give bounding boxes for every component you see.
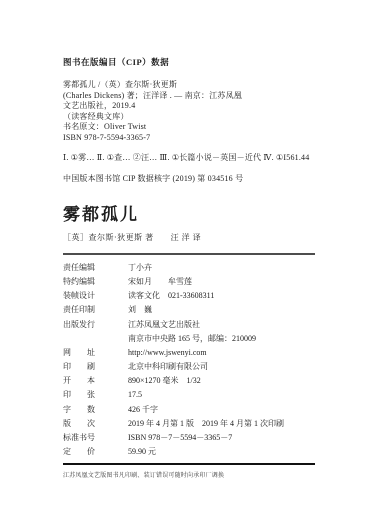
colophon-value: 59.90 元 <box>128 446 156 457</box>
colophon-row: 责任编辑丁小卉 <box>63 260 315 274</box>
colophon-label: 印 刷 <box>63 361 110 372</box>
colophon-value: http://www.jswenyi.com <box>128 348 207 357</box>
colophon-label: 开 本 <box>63 375 110 386</box>
cip-record-number: 中国版本图书馆 CIP 数据核字 (2019) 第 034516 号 <box>63 173 315 184</box>
colophon-row: 责任印制刘 巍 <box>63 303 315 317</box>
colophon-row: 定 价59.90 元 <box>63 445 315 459</box>
book-title: 雾都孤儿 <box>63 200 315 225</box>
cip-line: 文艺出版社，2019.4 <box>63 101 315 112</box>
divider-bottom-rule <box>63 463 315 466</box>
colophon-value: 宋如月 牟雪莲 <box>128 276 192 287</box>
colophon-row: 网 址http://www.jswenyi.com <box>63 345 315 359</box>
colophon-label: 责任编辑 <box>63 262 110 273</box>
copyright-page: 图书在版编目（CIP）数据 雾都孤儿 /（英）查尔斯·狄更斯(Charles D… <box>0 0 375 528</box>
colophon-label: 字 数 <box>63 404 110 415</box>
page-content: 图书在版编目（CIP）数据 雾都孤儿 /（英）查尔斯·狄更斯(Charles D… <box>63 56 315 479</box>
colophon-row: 版 次2019 年 4 月第 1 版 2019 年 4 月第 1 次印刷 <box>63 416 315 430</box>
colophon-value: 北京中科印刷有限公司 <box>128 361 208 372</box>
cip-classification: Ⅰ. ①雾… Ⅱ. ①查… ②汪… Ⅲ. ①长篇小说－英国－近代 Ⅳ. ①I56… <box>63 153 315 164</box>
colophon-row: 出版发行江苏凤凰文艺出版社 <box>63 317 315 331</box>
colophon-label: 版 次 <box>63 418 110 429</box>
colophon-label: 特约编辑 <box>63 276 110 287</box>
divider-top-rule <box>63 253 315 255</box>
colophon-label: 出版发行 <box>63 319 110 330</box>
colophon-row: 特约编辑宋如月 牟雪莲 <box>63 274 315 288</box>
colophon-table: 责任编辑丁小卉特约编辑宋如月 牟雪莲装帧设计读客文化 021-33608311责… <box>63 260 315 459</box>
colophon-label: 网 址 <box>63 347 110 358</box>
cip-line: 雾都孤儿 /（英）查尔斯·狄更斯 <box>63 80 315 91</box>
colophon-label: 责任印制 <box>63 304 110 315</box>
book-byline: ［英］查尔斯·狄更斯 著 汪 洋 译 <box>63 232 315 243</box>
colophon-value: 刘 巍 <box>128 304 152 315</box>
colophon-value: 2019 年 4 月第 1 版 2019 年 4 月第 1 次印刷 <box>128 418 284 429</box>
colophon-label: 装帧设计 <box>63 290 110 301</box>
colophon-value: ISBN 978－7－5594－3365－7 <box>128 432 232 443</box>
cip-line: ISBN 978-7-5594-3365-7 <box>63 133 315 144</box>
cip-line: （读客经典文库） <box>63 112 315 123</box>
colophon-value: 南京市中央路 165 号，邮编：210009 <box>128 333 256 344</box>
colophon-label: 定 价 <box>63 446 110 457</box>
colophon-value: 丁小卉 <box>128 262 152 273</box>
colophon-row: 开 本890×1270 毫米 1/32 <box>63 374 315 388</box>
colophon-value: 17.5 <box>128 390 142 399</box>
cip-header: 图书在版编目（CIP）数据 <box>63 56 315 68</box>
colophon-value: 读客文化 021-33608311 <box>128 290 214 301</box>
colophon-value: 426 千字 <box>128 404 158 415</box>
colophon-row: 印 刷北京中科印刷有限公司 <box>63 359 315 373</box>
colophon-row: 字 数426 千字 <box>63 402 315 416</box>
cip-record: 雾都孤儿 /（英）查尔斯·狄更斯(Charles Dickens) 著；汪洋译 … <box>63 80 315 144</box>
cip-line: (Charles Dickens) 著；汪洋译 . — 南京：江苏凤凰 <box>63 91 315 102</box>
printing-exchange-note: 江苏凤凰文艺版图书凡印刷、装订错误可随时向承印厂调换 <box>63 470 315 479</box>
cip-line: 书名原文：Oliver Twist <box>63 122 315 133</box>
colophon-label: 标准书号 <box>63 432 110 443</box>
colophon-row: 装帧设计读客文化 021-33608311 <box>63 289 315 303</box>
colophon-value: 江苏凤凰文艺出版社 <box>128 319 200 330</box>
colophon-row: 南京市中央路 165 号，邮编：210009 <box>63 331 315 345</box>
colophon-row: 印 张17.5 <box>63 388 315 402</box>
colophon-value: 890×1270 毫米 1/32 <box>128 375 201 386</box>
colophon-row: 标准书号ISBN 978－7－5594－3365－7 <box>63 430 315 444</box>
colophon-label: 印 张 <box>63 389 110 400</box>
